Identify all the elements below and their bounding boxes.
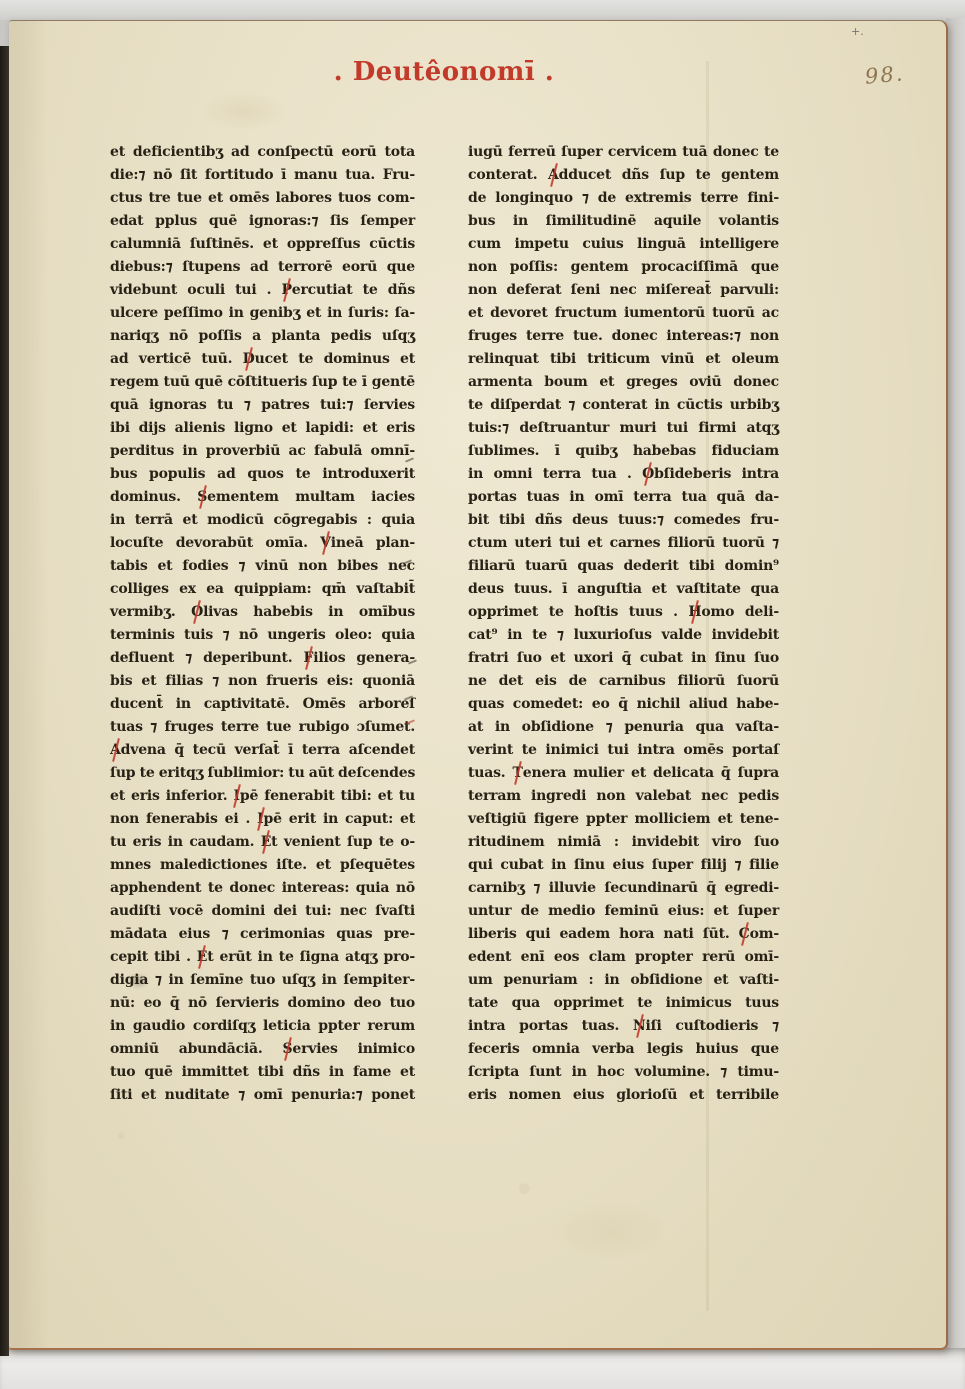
text-line: fruges terre tue. donec intereas:⁊ non [468, 325, 779, 348]
text-column-left: et deficientibʒ ad conſpectū eorū totadi… [110, 141, 415, 1107]
text-line: de longinquo ⁊ de extremis terre fini- [468, 187, 779, 210]
text-line: tuis:⁊ deſtruantur muri tui firmi atqʒ [468, 417, 779, 440]
text-line: cum impetu cuius linguā intelligere [468, 233, 779, 256]
text-line: opprimet te hoſtis tuus . Homo deli- [468, 601, 779, 624]
text-line: audiſti vocē domini dei tui: nec ſvaſti [110, 900, 415, 923]
text-line: um penuriam : in obſidione et vaſti- [468, 969, 779, 992]
folio-number: 98. [864, 61, 905, 88]
rubricated-initial: S [197, 486, 207, 509]
corner-pen-mark: +. [851, 25, 864, 38]
text-line: conterat. Adducet dñs ſup te gentem [468, 164, 779, 187]
text-line: colliges ex ea quippiam: qm̄ vaſtabit̄ [110, 578, 415, 601]
text-line: et deficientibʒ ad conſpectū eorū tota [110, 141, 415, 164]
text-line: qui cubat in ſinu eius ſuper filij ⁊ fil… [468, 854, 779, 877]
backing-surface-right [946, 18, 965, 1350]
manuscript-scan: { "page": { "header": ". Deutêonomī .", … [0, 0, 965, 1389]
text-line: die:⁊ nō ſit fortitudo ī manu tua. Fru- [110, 164, 415, 187]
text-line: ulcere peſſimo in genibʒ et in ſuris: ſa… [110, 302, 415, 325]
text-line: bis et filias ⁊ non frueris eis: quoniā [110, 670, 415, 693]
book-spine-shadow [0, 46, 9, 1356]
text-line: in omni terra tua . Obſideberis intra [468, 463, 779, 486]
text-line: ne det eis de carnibus filiorū ſuorū [468, 670, 779, 693]
rubricated-initial: N [633, 1015, 646, 1038]
text-line: ibi dijs alienis ligno et lapidi: et eri… [110, 417, 415, 440]
text-line: tuo quē immittet tibi dñs in fame et [110, 1061, 415, 1084]
text-line: locuſte devorabūt omīa. Vineā plan- [110, 532, 415, 555]
text-line: filiarū tuarū quas dederit tibi domin⁹ [468, 555, 779, 578]
parchment-page: +. . Deutêonomī . 98. et deficientibʒ ad… [9, 20, 948, 1350]
rubricated-initial: A [110, 739, 121, 762]
text-line: calumniā ſuſtinēs. et oppreſſus cūctis [110, 233, 415, 256]
text-line: nū: eo q̄ nō ſervieris domino deo tuo [110, 992, 415, 1015]
text-line: ducent̄ in captivitatē. Omēs arboreſ [110, 693, 415, 716]
text-line: terram ingredi non valebat nec pedis [468, 785, 779, 808]
text-line: relinquat tibi triticum vinū et oleum [468, 348, 779, 371]
text-line: non deferat ſeni nec miſereat̄ parvuli: [468, 279, 779, 302]
parchment-stain [199, 91, 289, 131]
text-line: portas tuas in omī terra tua quā da- [468, 486, 779, 509]
text-line: cat⁹ in te ⁊ luxurioſus valde invidebit [468, 624, 779, 647]
text-line: quas comedet: eo q̄ nichil aliud habe- [468, 693, 779, 716]
text-line: edat pplus quē ignoras:⁊ ſis ſemper [110, 210, 415, 233]
rubricated-initial: I [257, 808, 263, 831]
text-line: ctus tre tue et omēs labores tuos com- [110, 187, 415, 210]
text-line: tate qua opprimet te inimicus tuus [468, 992, 779, 1015]
text-line: intra portas tuas. Niſi cuſtodieris ⁊ [468, 1015, 779, 1038]
text-line: nariqʒ nō poſſis a planta pedis uſqʒ [110, 325, 415, 348]
text-line: apphendent te donec intereas: quia nō [110, 877, 415, 900]
text-line: deus tuus. ī anguſtia et vaſtitate qua [468, 578, 779, 601]
text-line: non poſſis: gentem procaciſſimā que [468, 256, 779, 279]
text-line: quā ignoras tu ⁊ patres tui:⁊ ſervies [110, 394, 415, 417]
text-line: diebus:⁊ ſtupens ad terrorē eorū que [110, 256, 415, 279]
text-line: mnes maledictiones iſte. et pſequētes [110, 854, 415, 877]
rubricated-initial: O [642, 463, 654, 486]
rubricated-initial: C [739, 923, 750, 946]
text-line: in gaudio cordiſqʒ leticia ppter rerum [110, 1015, 415, 1038]
text-column-right: iugū ferreū ſuper cervicem tuā donec tec… [468, 141, 779, 1107]
rubricated-initial: D [243, 348, 255, 371]
backing-surface-bottom [0, 1348, 965, 1389]
text-line: mādata eius ⁊ cerimonias quas pre- [110, 923, 415, 946]
parchment-stain [549, 1201, 669, 1261]
text-line: carnibʒ ⁊ illuvie ſecundinarū q̄ egredi- [468, 877, 779, 900]
text-line: edent enī eos clam propter rerū omī- [468, 946, 779, 969]
rubricated-initial: V [320, 532, 331, 555]
text-line: tu eris in caudam. Et venient ſup te o- [110, 831, 415, 854]
rubricated-initial: F [303, 647, 313, 670]
text-line: regem tuū quē cōſtitueris ſup te ī gentē [110, 371, 415, 394]
text-line: digia ⁊ in ſemīne tuo uſqʒ in ſempiter- [110, 969, 415, 992]
rubricated-initial: A [548, 164, 559, 187]
rubricated-initial: E [197, 946, 207, 969]
text-line: ritudinem nimiā : invidebit viro ſuo [468, 831, 779, 854]
text-line: tabis et fodies ⁊ vinū non bibes nec [110, 555, 415, 578]
text-line: bit tibi dñs deus tuus:⁊ comedes fru- [468, 509, 779, 532]
text-line: tuas. Tenera mulier et delicata q̄ ſupra [468, 762, 779, 785]
text-line: Advena q̄ tecū verſat̄ ī terra aſcendet [110, 739, 415, 762]
rubricated-initial: H [688, 601, 701, 624]
rubricated-initial: O [191, 601, 203, 624]
rubricated-initial: S [282, 1038, 292, 1061]
backing-surface-top [0, 0, 965, 20]
text-line: vermibʒ. Olivas habebis in omībus [110, 601, 415, 624]
text-line: armenta boum et greges oviū donec [468, 371, 779, 394]
text-line: ſup te eritqʒ ſublimior: tu aūt deſcende… [110, 762, 415, 785]
text-line: ſcripta ſunt in hoc volumine. ⁊ timu- [468, 1061, 779, 1084]
text-line: et devoret fructum iumentorū tuorū ac [468, 302, 779, 325]
text-line: feceris omnia verba legis huius que [468, 1038, 779, 1061]
text-line: dominus. Sementem multam iacies [110, 486, 415, 509]
text-line: bus populis ad quos te introduxerit [110, 463, 415, 486]
text-line: in terrā et modicū cōgregabis : quia [110, 509, 415, 532]
text-line: tuas ⁊ fruges terre tue rubigo ɔſumet. [110, 716, 415, 739]
text-line: fratri ſuo et uxori q̄ cubat in ſinu ſuo [468, 647, 779, 670]
text-line: te diſperdat ⁊ conterat in cūctis urbibʒ [468, 394, 779, 417]
text-line: ſiti et nuditate ⁊ omī penuria:⁊ ponet [110, 1084, 415, 1107]
text-line: ſublimes. ī quibʒ habebas fiduciam [468, 440, 779, 463]
rubricated-initial: I [234, 785, 240, 808]
text-line: cepit tibi . Et erūt in te ſigna atqʒ pr… [110, 946, 415, 969]
text-line: non fenerabis ei . Ipē erit in caput: et [110, 808, 415, 831]
text-line: untur de medio feminū eius: et ſuper [468, 900, 779, 923]
running-title-deuteronomy: . Deutêonomī . [334, 57, 555, 87]
text-line: defluent ⁊ deperibunt. Filios genera- [110, 647, 415, 670]
text-line: veſtigiū figere ppter molliciem et tene- [468, 808, 779, 831]
rubricated-initial: P [281, 279, 291, 302]
text-line: videbunt oculi tui . Percutiat te dñs [110, 279, 415, 302]
text-line: ctum uteri tui et carnes filiorū tuorū ⁊ [468, 532, 779, 555]
text-line: et eris inferior. Ipē fenerabit tibi: et… [110, 785, 415, 808]
text-line: perditus in proverbiū ac fabulā omnī- [110, 440, 415, 463]
text-line: terminis tuis ⁊ nō ungeris oleo: quia [110, 624, 415, 647]
text-line: at in obſidione ⁊ penuria qua vaſta- [468, 716, 779, 739]
text-line: ad verticē tuū. Ducet te dominus et [110, 348, 415, 371]
text-line: liberis qui eadem hora nati ſūt. Com- [468, 923, 779, 946]
rubricated-initial: E [261, 831, 271, 854]
text-line: eris nomen eius glorioſū et terribile [468, 1084, 779, 1107]
text-line: bus in ſimilitudinē aquile volantis [468, 210, 779, 233]
text-line: verint te inimici tui intra omēs portaſ [468, 739, 779, 762]
text-line: iugū ferreū ſuper cervicem tuā donec te [468, 141, 779, 164]
rubricated-initial: T [513, 762, 523, 785]
text-line: omniū abundāciā. Servies inimico [110, 1038, 415, 1061]
